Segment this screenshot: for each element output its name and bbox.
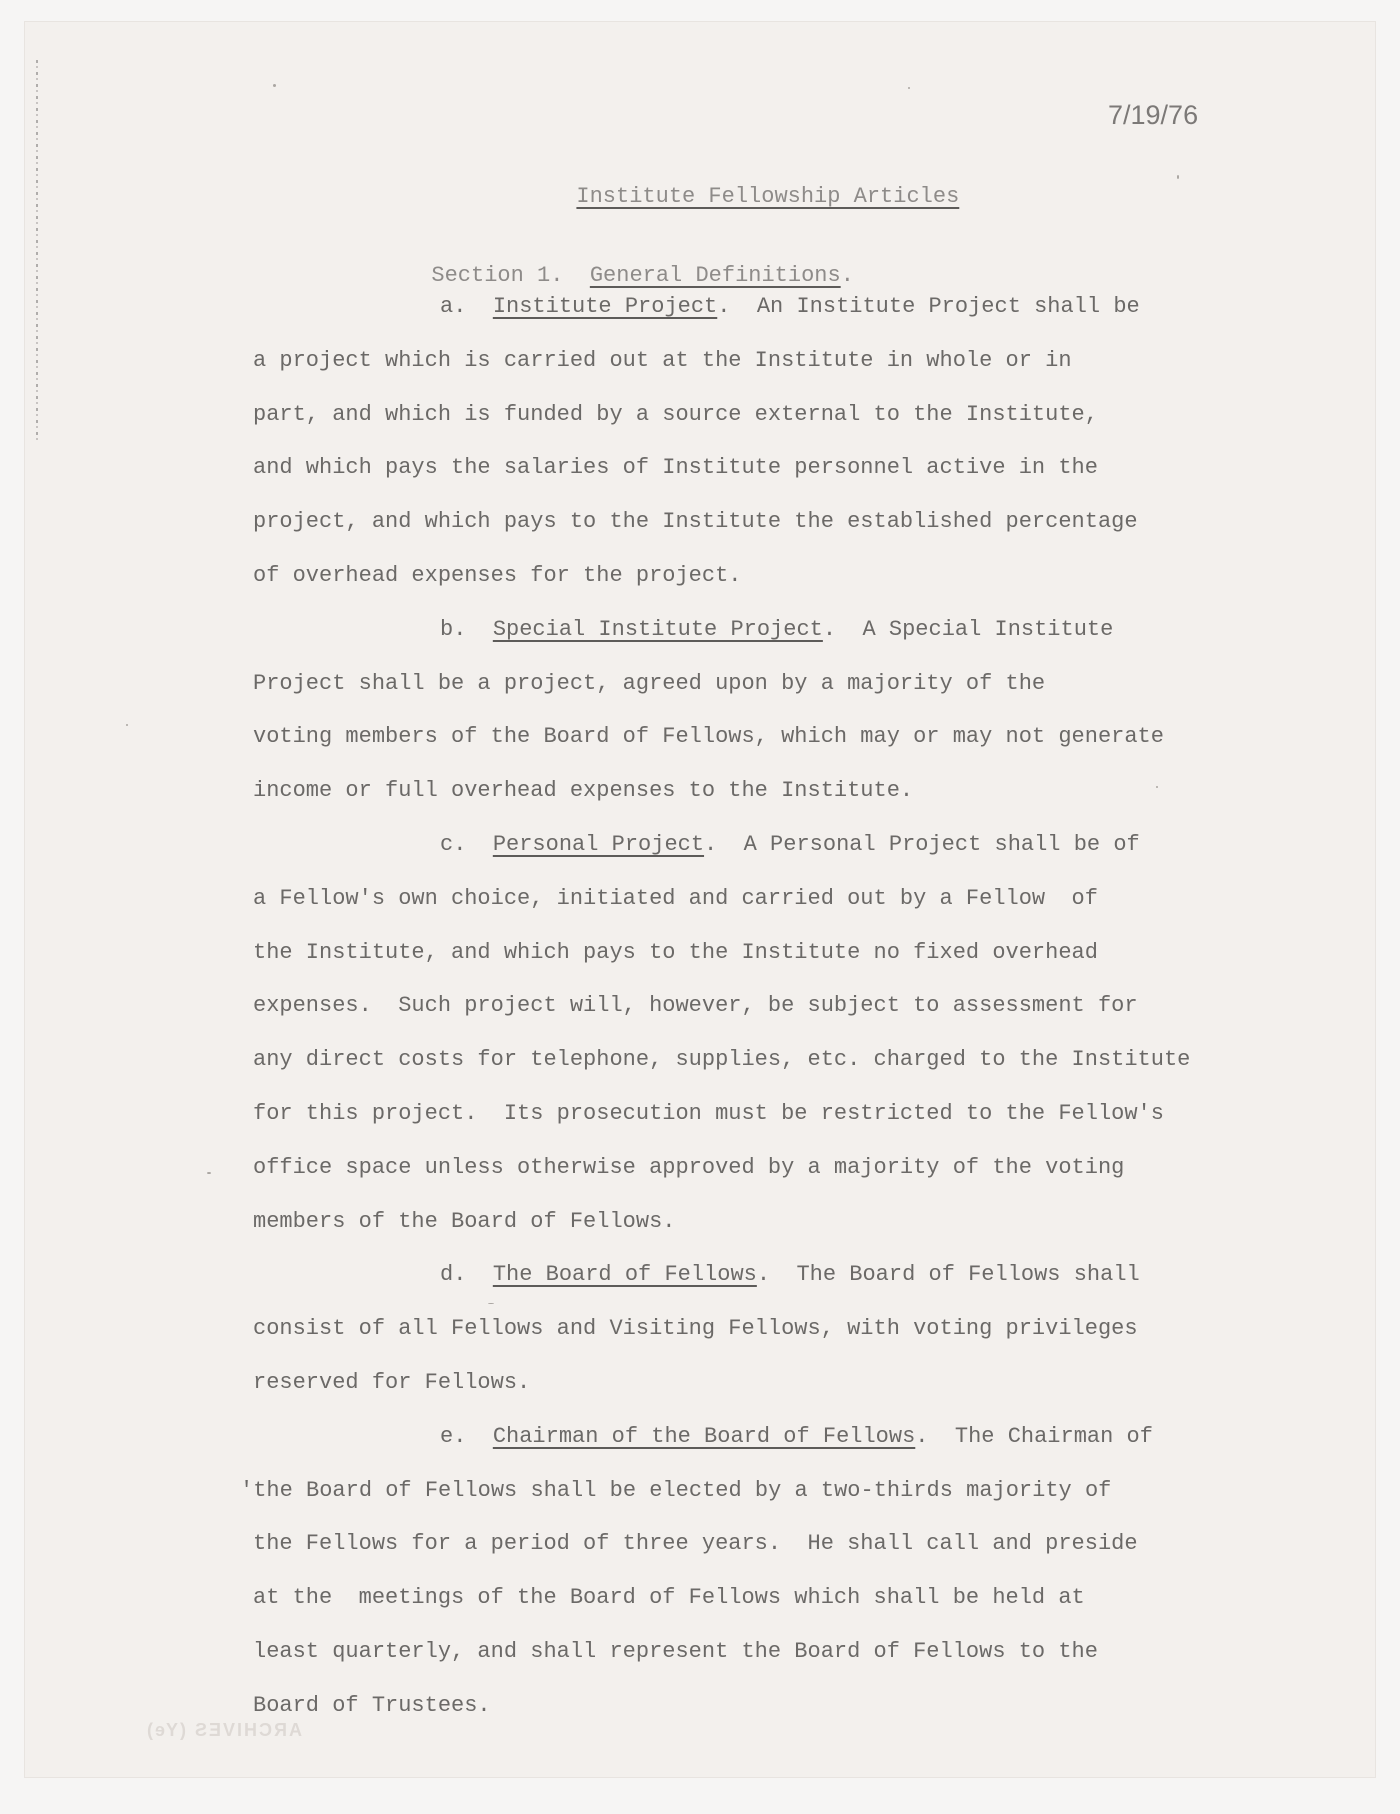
body-line: the Fellows for a period of three years.…	[253, 1533, 1138, 1555]
item-letter: d.	[440, 1262, 493, 1287]
item-first-line: . A Personal Project shall be of	[704, 832, 1140, 857]
paper-speck	[908, 87, 910, 89]
item-term: Special Institute Project	[493, 617, 823, 642]
section-heading: Section 1. General Definitions.	[405, 243, 854, 287]
item-letter: a.	[440, 294, 493, 319]
body-line: voting members of the Board of Fellows, …	[253, 726, 1164, 748]
section-title-punct: .	[841, 263, 854, 288]
archive-stamp-bleedthrough: ARCHIVES (Ye)	[145, 1720, 302, 1741]
section-title: General Definitions	[590, 263, 841, 288]
paper-speck	[273, 84, 276, 87]
paper-speck	[126, 724, 128, 726]
paper-speck	[207, 1172, 211, 1174]
body-line: any direct costs for telephone, supplies…	[253, 1049, 1190, 1071]
paper-speck	[1177, 175, 1179, 179]
item-first-line: . The Board of Fellows shall	[757, 1262, 1140, 1287]
body-line: least quarterly, and shall represent the…	[253, 1641, 1098, 1663]
body-line: Board of Trustees.	[253, 1695, 491, 1717]
item-letter: b.	[440, 617, 493, 642]
document-date: 7/19/76	[1108, 100, 1198, 131]
body-line: at the meetings of the Board of Fellows …	[253, 1587, 1085, 1609]
body-line: a project which is carried out at the In…	[253, 350, 1072, 372]
body-line: and which pays the salaries of Institute…	[253, 457, 1098, 479]
body-line: office space unless otherwise approved b…	[253, 1157, 1124, 1179]
body-line: reserved for Fellows.	[253, 1372, 530, 1394]
body-line: expenses. Such project will, however, be…	[253, 995, 1138, 1017]
item-letter: c.	[440, 832, 493, 857]
item-heading-b: b. Special Institute Project. A Special …	[440, 619, 1113, 641]
item-first-line: . An Institute Project shall be	[717, 294, 1139, 319]
body-line: consist of all Fellows and Visiting Fell…	[253, 1318, 1138, 1340]
body-line: 'the Board of Fellows shall be elected b…	[240, 1480, 1111, 1502]
body-line: part, and which is funded by a source ex…	[253, 404, 1098, 426]
body-line: Project shall be a project, agreed upon …	[253, 673, 1045, 695]
body-line: project, and which pays to the Institute…	[253, 511, 1138, 533]
body-line: income or full overhead expenses to the …	[253, 780, 913, 802]
body-line: members of the Board of Fellows.	[253, 1211, 675, 1233]
item-first-line: . The Chairman of	[915, 1424, 1153, 1449]
document-title: Institute Fellowship Articles	[550, 164, 959, 208]
body-line: of overhead expenses for the project.	[253, 565, 741, 587]
item-letter: e.	[440, 1424, 493, 1449]
item-term: The Board of Fellows	[493, 1262, 757, 1287]
item-heading-c: c. Personal Project. A Personal Project …	[440, 834, 1140, 856]
item-heading-a: a. Institute Project. An Institute Proje…	[440, 296, 1140, 318]
item-first-line: . A Special Institute	[823, 617, 1113, 642]
body-line: for this project. Its prosecution must b…	[253, 1103, 1164, 1125]
paper-speck	[488, 1303, 494, 1304]
item-term: Chairman of the Board of Fellows	[493, 1424, 915, 1449]
paper-speck	[1156, 786, 1158, 788]
section-label: Section 1.	[431, 263, 563, 288]
item-term: Personal Project	[493, 832, 704, 857]
item-term: Institute Project	[493, 294, 717, 319]
item-heading-e: e. Chairman of the Board of Fellows. The…	[440, 1426, 1153, 1448]
document-title-text: Institute Fellowship Articles	[576, 184, 959, 209]
body-line: the Institute, and which pays to the Ins…	[253, 942, 1098, 964]
item-heading-d: d. The Board of Fellows. The Board of Fe…	[440, 1264, 1140, 1286]
body-line: a Fellow's own choice, initiated and car…	[253, 888, 1098, 910]
margin-punch-marks	[36, 60, 38, 440]
